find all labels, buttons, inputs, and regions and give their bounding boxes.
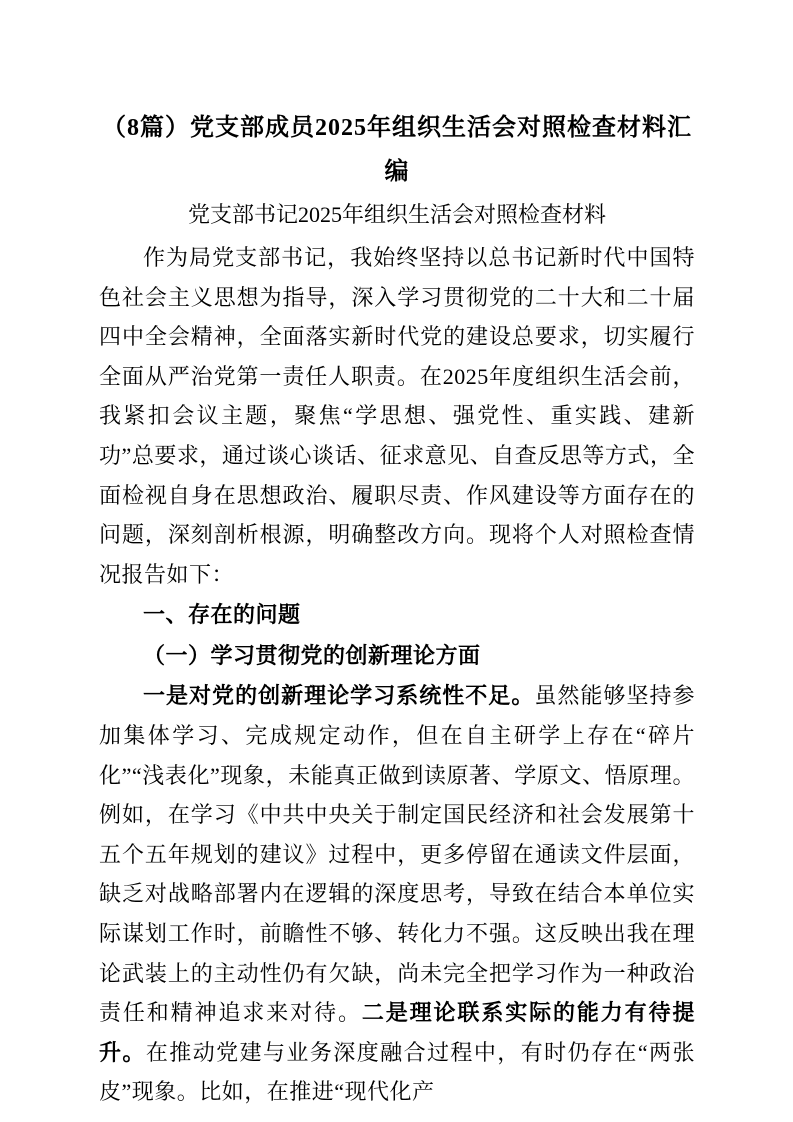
document-content: （8篇）党支部成员2025年组织生活会对照检查材料汇编 党支部书记2025年组织… <box>99 106 695 1112</box>
body-text-one: 虽然能够坚持参加集体学习、完成规定动作，但在自主研学上存在“碎片化”“浅表化”现… <box>99 683 695 1025</box>
document-page: （8篇）党支部成员2025年组织生活会对照检查材料汇编 党支部书记2025年组织… <box>0 0 793 1122</box>
document-title: （8篇）党支部成员2025年组织生活会对照检查材料汇编 <box>99 106 695 194</box>
lead-sentence-one: 一是对党的创新理论学习系统性不足。 <box>143 683 534 708</box>
document-subtitle: 党支部书记2025年组织生活会对照检查材料 <box>99 194 695 236</box>
section-heading-problems: 一、存在的问题 <box>99 594 695 635</box>
subsection-heading-theory-study: （一）学习贯彻党的创新理论方面 <box>99 635 695 676</box>
intro-paragraph: 作为局党支部书记，我始终坚持以总书记新时代中国特色社会主义思想为指导，深入学习贯… <box>99 238 695 594</box>
body-text-two: 在推动党建与业务深度融合过程中，有时仍存在“两张皮”现象。比如，在推进“现代化产 <box>99 1040 695 1105</box>
problems-paragraph: 一是对党的创新理论学习系统性不足。虽然能够坚持参加集体学习、完成规定动作，但在自… <box>99 676 695 1112</box>
